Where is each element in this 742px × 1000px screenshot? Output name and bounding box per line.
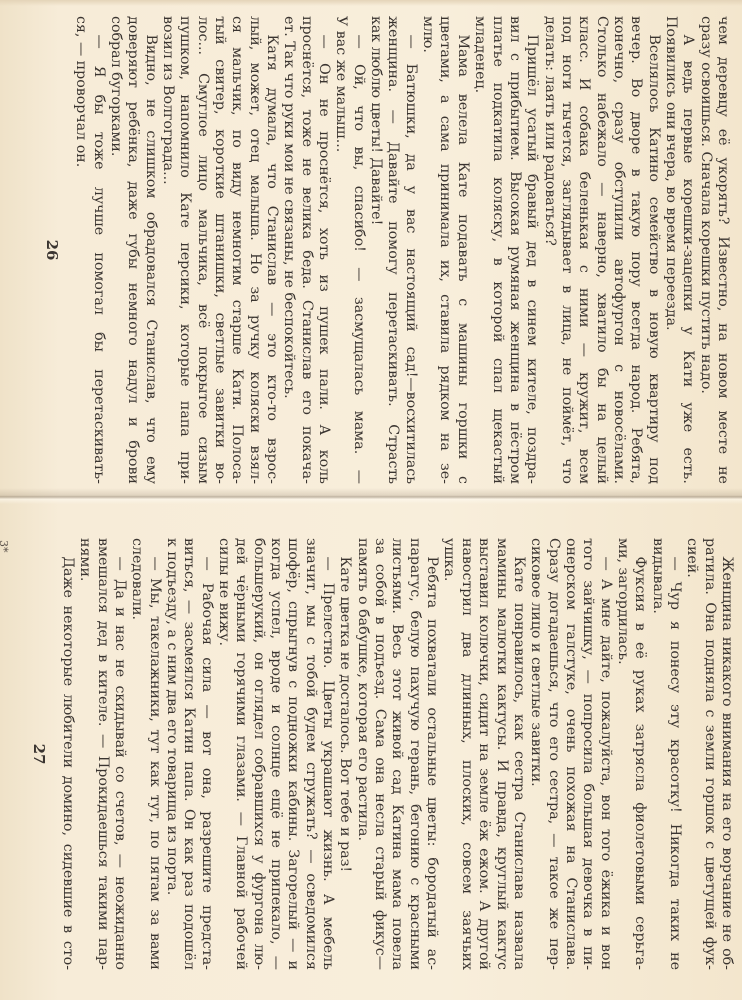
text-line: Появилисьонивчера,вовремяпереезда. — [662, 16, 679, 484]
page-27-text: Женщинаникакоговниманиянаеговорчаниенеоб… — [59, 538, 735, 970]
text-line: —Чуряпонесуэтукрасотку!Никогдатакихне — [666, 538, 683, 970]
text-line: подногитычется,заглядываетвлица,непоймёт… — [558, 16, 575, 484]
text-line: пушком,напомнилоКатеперсики,которыепапап… — [176, 16, 193, 484]
text-line: каклюблюцветы!Давайте! — [367, 16, 384, 484]
text-line: вилсприбытием.Высокаярумянаяженщинавпёст… — [506, 16, 523, 484]
text-line: Фуксиявеёрукахзатряслафиолетовымисерьга- — [631, 538, 648, 970]
text-line: навострилдвадлинных,плоских,совсемзаячьи… — [458, 538, 475, 970]
text-line: ВселялосьКатиносемействовновуюквартирупо… — [644, 16, 661, 484]
text-line: цветами,асамапринималаих,ставиларядкомна… — [436, 16, 453, 484]
text-line: ушка. — [440, 538, 457, 970]
text-line: Катецветканедосталось.Воттебеираз! — [336, 538, 353, 970]
text-line: тыйсвитер,короткиештанишки,светлыезавитк… — [211, 16, 228, 484]
text-line: онерскомгалстуке,оченьпохожаянаСтанислав… — [562, 538, 579, 970]
page-26-text: чемдеревцуеёукорять?Известно,нановоммест… — [72, 16, 731, 484]
page-26: чемдеревцуеёукорять?Известно,нановоммест… — [43, 16, 731, 484]
text-line: проснётся,тоженевеликабеда.Станиславегоп… — [297, 16, 314, 484]
text-line: ет.Такчторукимоинесвязаны,небеспокойтесь… — [280, 16, 297, 484]
text-line: Катядумала,чтоСтанислав—этокто-товзрос- — [263, 16, 280, 484]
text-line: платьеподкатилаколяску,вкоторойспалщекас… — [488, 16, 505, 484]
text-line: вечер.Водворевтакуюпорувсегданарод.Ребят… — [627, 16, 644, 484]
text-line: Сразудогадаешься,чтоегосестра,—такоежепе… — [544, 538, 561, 970]
text-line: класс.Исобакабеленькаясними—кружит,всем — [575, 16, 592, 484]
text-line: видывала. — [648, 538, 665, 970]
page-number: 26 — [43, 16, 60, 484]
text-line: когдауспел,вродеисолнцеещёнеприпекало,— — [267, 538, 284, 970]
text-line: —Оннепроснётся,хотьизпушекпали.Аколь — [315, 16, 332, 484]
text-line: Аведьпервыекорешки-зацепкиуКатиужеесть. — [679, 16, 696, 484]
text-line: значит,мыстобойбудемсгружать?—осведомилс… — [301, 538, 318, 970]
text-line: конечно,сразуобступилиавтофургонсновосёл… — [610, 16, 627, 484]
text-line: —Ябытожелучшепомогалбыперетаскивать- — [89, 16, 106, 484]
text-line: млю. — [419, 16, 436, 484]
page-27: Женщинаникакоговниманиянаеговорчаниенеоб… — [29, 538, 735, 970]
text-line: Видно,неслишкомобрадовалсяСтанислав,чтое… — [141, 16, 158, 484]
text-line: сией. — [683, 538, 700, 970]
text-line: Стольконабежало—наверно,хватилобынацелый — [592, 16, 609, 484]
text-line: выставилколючки,сидитназемлеёжежом.Адруг… — [475, 538, 492, 970]
text-line: —Прелестно.Цветыукрашаютжизнь.Амебель — [319, 538, 336, 970]
text-line: чемдеревцуеёукорять?Известно,нановоммест… — [714, 16, 731, 484]
text-line: дейчёрнымигорячимиглазами.—Главнойрабоче… — [232, 538, 249, 970]
text-line: Катепонравилось,каксестраСтаниславаназва… — [510, 538, 527, 970]
text-line: делать:лаятьилирадоваться? — [540, 16, 557, 484]
text-line: младенец. — [471, 16, 488, 484]
text-line: Женщинаникакоговниманиянаеговорчаниенеоб… — [718, 538, 735, 970]
text-line: ратила.Онаподняласземлигоршоксцветущейфу… — [700, 538, 717, 970]
text-line: нями. — [76, 538, 93, 970]
text-line: силыневижу. — [215, 538, 232, 970]
text-line: следовали. — [128, 538, 145, 970]
text-line: ся,—проворчалон. — [72, 16, 89, 484]
text-line: МамавелелаКатеподаватьсмашиныгоршкис — [454, 16, 471, 484]
text-line: сиковоелицоисветлыезавитки. — [527, 538, 544, 970]
text-line: парагус,белуюпахучуюгерань,бегониюскрасн… — [405, 538, 422, 970]
text-line: —Рабочаясила—вотона,разрешитепредста- — [197, 538, 214, 970]
text-line: ми,загордилась. — [614, 538, 631, 970]
text-line: памятьобабушке,котораяегорастила. — [353, 538, 370, 970]
text-line: маминымалюткикактусы.Иправда,круглыйкакт… — [492, 538, 509, 970]
text-line: шофёр,спрыгнувсподножкикабины.Загорелый—… — [284, 538, 301, 970]
text-line: доверяютребёнка,дажегубынемногонадулибро… — [124, 16, 141, 484]
text-line: листьями.ВесьэтотживойсадКатинамамаповел… — [388, 538, 405, 970]
text-line: виться,—засмеялсяКатинпапа.Онкакразподош… — [180, 538, 197, 970]
text-line: Пришёлусатыйбравыйдедвсинемкителе,поздра… — [523, 16, 540, 484]
text-line: —Даинаснескидывайсосчетов,—неожиданно — [111, 538, 128, 970]
text-line: —Мы,такелажники,туткактут,попятамзавами — [145, 538, 162, 970]
text-line: Увасжемалыш... — [332, 16, 349, 484]
text-line: —Ой,чтовы,спасибо!—засмущаласьмама.— — [349, 16, 366, 484]
text-line: засобойвподъезд.Самаонанесластарыйфикус— — [371, 538, 388, 970]
page-number: 27 — [29, 538, 46, 970]
text-line: сразуосвоишься.Сначалакорешкипуститьнадо… — [696, 16, 713, 484]
text-line: вмешалсядедвкителе.—Прокидаешьсятакимипа… — [93, 538, 110, 970]
text-line: большерукий,оногляделсобравшихсяуфургона… — [249, 538, 266, 970]
text-line: кподъезду,аснимдваеготоварищаизпорта. — [163, 538, 180, 970]
page-edge — [0, 0, 742, 6]
text-line: Ребятапохваталиостальныецветы:бородатыйа… — [423, 538, 440, 970]
text-line: —Батюшки,дауваснастоящийсад!—восхитилась — [401, 16, 418, 484]
text-line: возилизВолгограда... — [159, 16, 176, 484]
book-spread: чемдеревцуеёукорять?Известно,нановоммест… — [0, 0, 742, 1000]
text-line: лый,может,отецмалыша.Нозаручкуколяскивзя… — [245, 16, 262, 484]
text-line: Даженекоторыелюбителидомино,сидевшиевсто… — [59, 538, 76, 970]
spine-fold — [0, 488, 742, 504]
text-line: —Амнедайте,пожалуйста,вонтогоёжикаивон — [596, 538, 613, 970]
text-line: тогозайчишку,—попросилабольшаядевочкавпи… — [579, 538, 596, 970]
text-line: женщина.—Давайтепомогуперетаскивать.Стра… — [384, 16, 401, 484]
text-line: лос...Смуглоелицомальчика,всёпокрытоесиз… — [193, 16, 210, 484]
text-line: собралбугорками. — [107, 16, 124, 484]
text-line: сямальчик,повидунемногимстаршеКати.Полос… — [228, 16, 245, 484]
signature-mark: 3* — [0, 540, 10, 553]
